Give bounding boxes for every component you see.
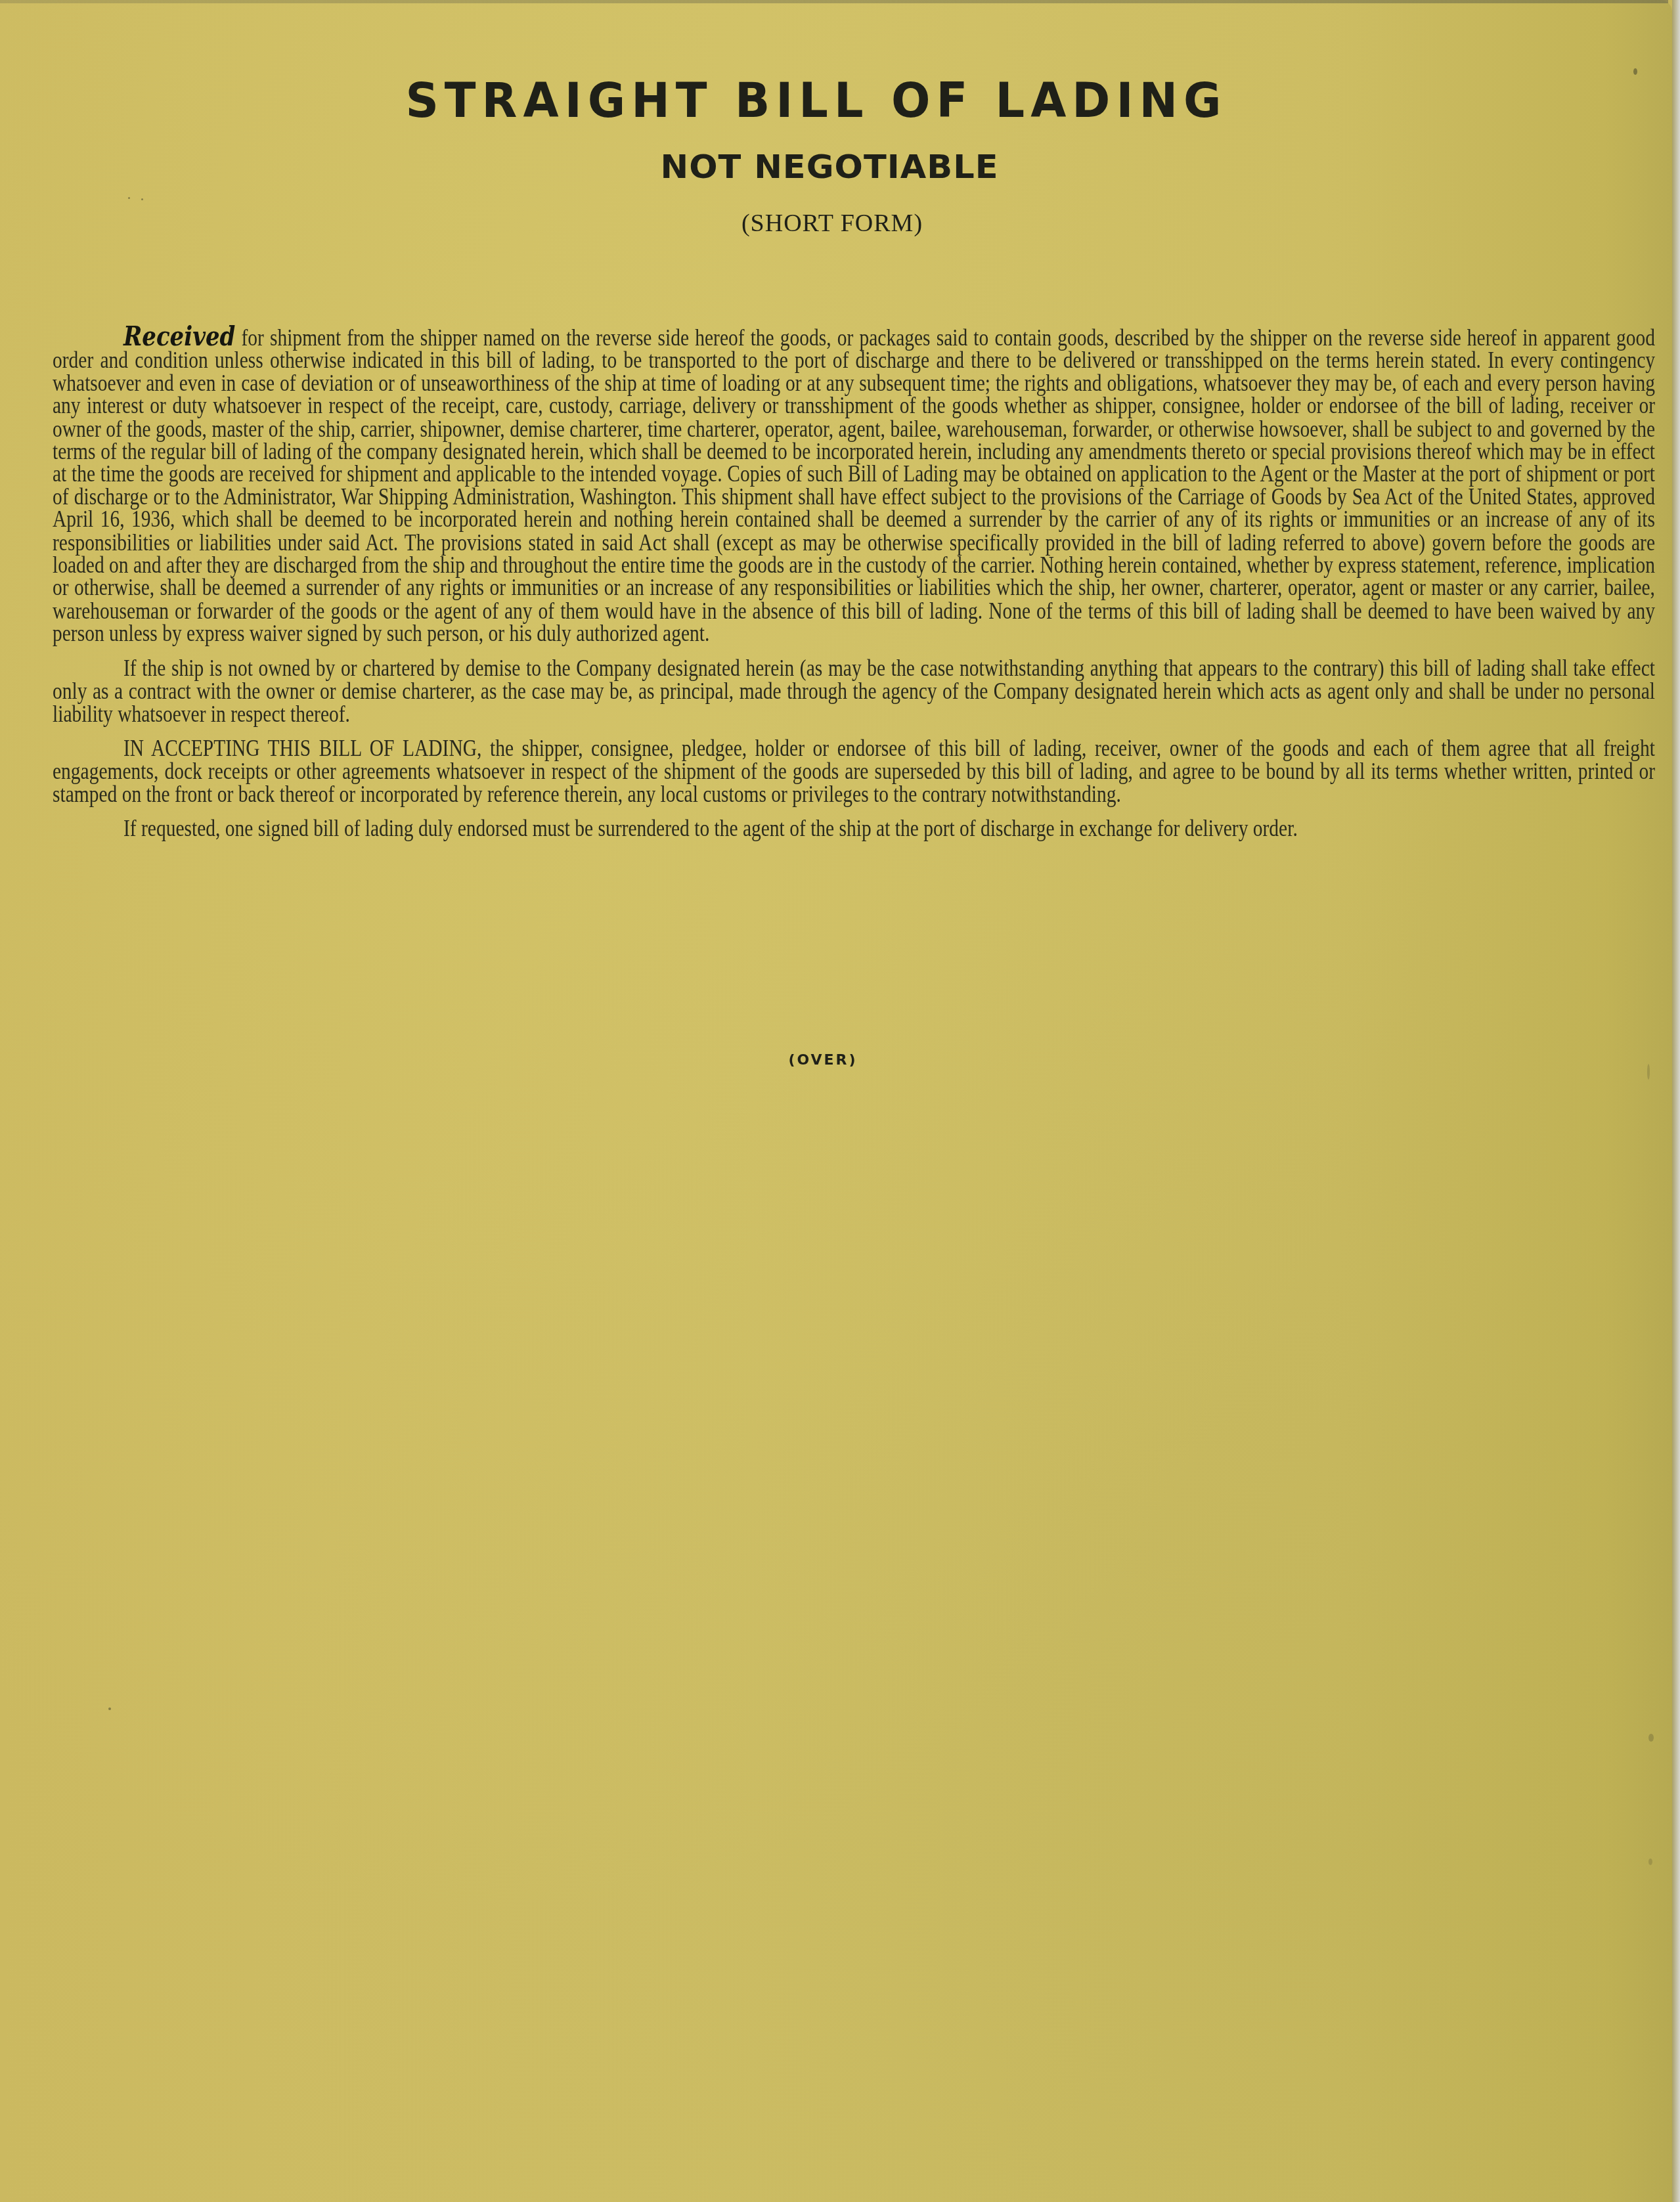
page-top-edge [0, 0, 1668, 3]
paper-blemish [1648, 1734, 1654, 1742]
document-title: STRAIGHT BILL OF LADING [0, 72, 1652, 129]
paper-blemish [108, 1707, 111, 1710]
terms-paragraph-demise: If the ship is not owned by or chartered… [53, 657, 1655, 726]
paper-blemish [141, 198, 143, 200]
paper-blemish [1647, 1064, 1650, 1080]
terms-paragraph-delivery: If requested, one signed bill of lading … [53, 818, 1655, 841]
terms-paragraph-received: Received for shipment from the shipper n… [53, 325, 1655, 646]
document-page: STRAIGHT BILL OF LADING NOT NEGOTIABLE (… [0, 0, 1672, 2202]
paper-blemish [1633, 68, 1637, 75]
over-label: (OVER) [0, 1052, 1659, 1068]
form-type-label: (SHORT FORM) [0, 209, 1668, 238]
received-paragraph-text: for shipment from the shipper named on t… [53, 325, 1655, 647]
terms-body: Received for shipment from the shipper n… [53, 325, 1655, 841]
terms-paragraph-accepting: IN ACCEPTING THIS BILL OF LADING, the sh… [53, 738, 1655, 806]
paper-blemish [1648, 1859, 1652, 1865]
page-right-edge [1672, 0, 1680, 2202]
document-subtitle: NOT NEGOTIABLE [0, 148, 1680, 186]
paper-blemish [128, 197, 130, 199]
